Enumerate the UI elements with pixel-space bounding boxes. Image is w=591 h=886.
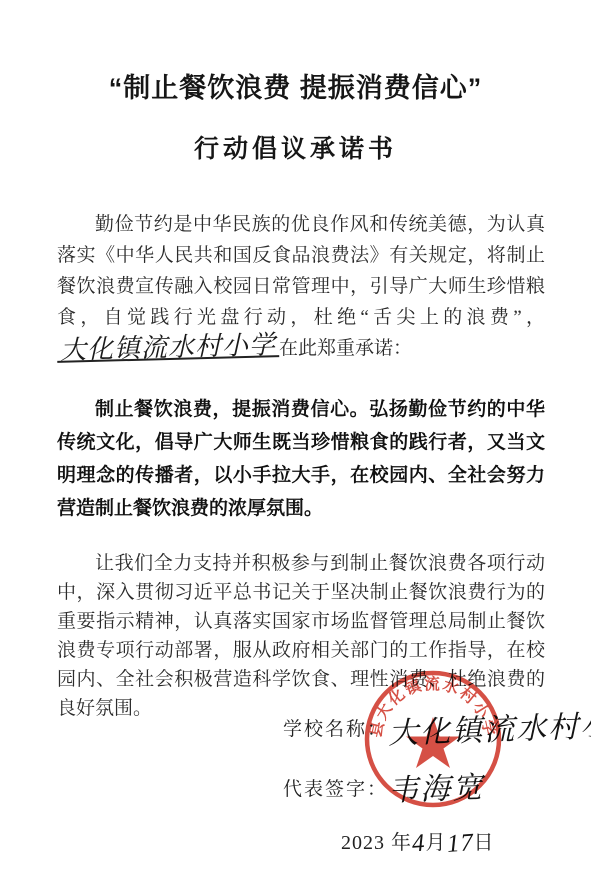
paragraph-intro: 勤俭节约是中华民族的优良作风和传统美德，为认真落实《中华人民共和国反食品浪费法》… — [57, 209, 545, 364]
representative-signature-handwritten: 韦海宽 — [387, 762, 484, 809]
paragraph-intro-text: 勤俭节约是中华民族的优良作风和传统美德，为认真落实《中华人民共和国反食品浪费法》… — [57, 214, 545, 328]
date-year: 2023 年 — [341, 832, 412, 854]
date-month-handwritten: 4 — [411, 830, 426, 859]
signature-representative-row: 代表签字：韦海宽 — [283, 764, 484, 808]
document-title-line1: “制止餐饮浪费 提振消费信心” — [0, 66, 591, 105]
paragraph-action: 让我们全力支持并积极参与到制止餐饮浪费各项行动中，深入贯彻习近平总书记关于坚决制… — [57, 549, 545, 723]
document-title-line2: 行动倡议承诺书 — [0, 129, 591, 165]
handwritten-school-name-blank: 大化镇流水村小学 — [57, 336, 279, 363]
signature-school-row: 学校名称：大化镇流水村小学 — [283, 704, 591, 748]
pledge-document-page: “制止餐饮浪费 提振消费信心” 行动倡议承诺书 勤俭节约是中华民族的优良作风和传… — [0, 0, 591, 886]
paragraph-intro-tail: 在此郑重承诺： — [279, 338, 412, 359]
date-day-unit: 日 — [474, 832, 495, 854]
title-block: “制止餐饮浪费 提振消费信心” 行动倡议承诺书 — [0, 0, 591, 165]
date-month-unit: 月 — [426, 832, 447, 854]
date-day-handwritten: 17 — [446, 829, 475, 859]
representative-label: 代表签字： — [283, 779, 388, 800]
date-line: 2023 年4月17日 — [341, 826, 495, 858]
paragraph-pledge-bold: 制止餐饮浪费，提振消费信心。弘扬勤俭节约的中华传统文化，倡导广大师生既当珍惜粮食… — [57, 393, 545, 525]
school-name-handwritten: 大化镇流水村小学 — [387, 700, 591, 753]
document-body: 勤俭节约是中华民族的优良作风和传统美德，为认真落实《中华人民共和国反食品浪费法》… — [57, 209, 545, 723]
school-name-label: 学校名称： — [283, 719, 388, 740]
